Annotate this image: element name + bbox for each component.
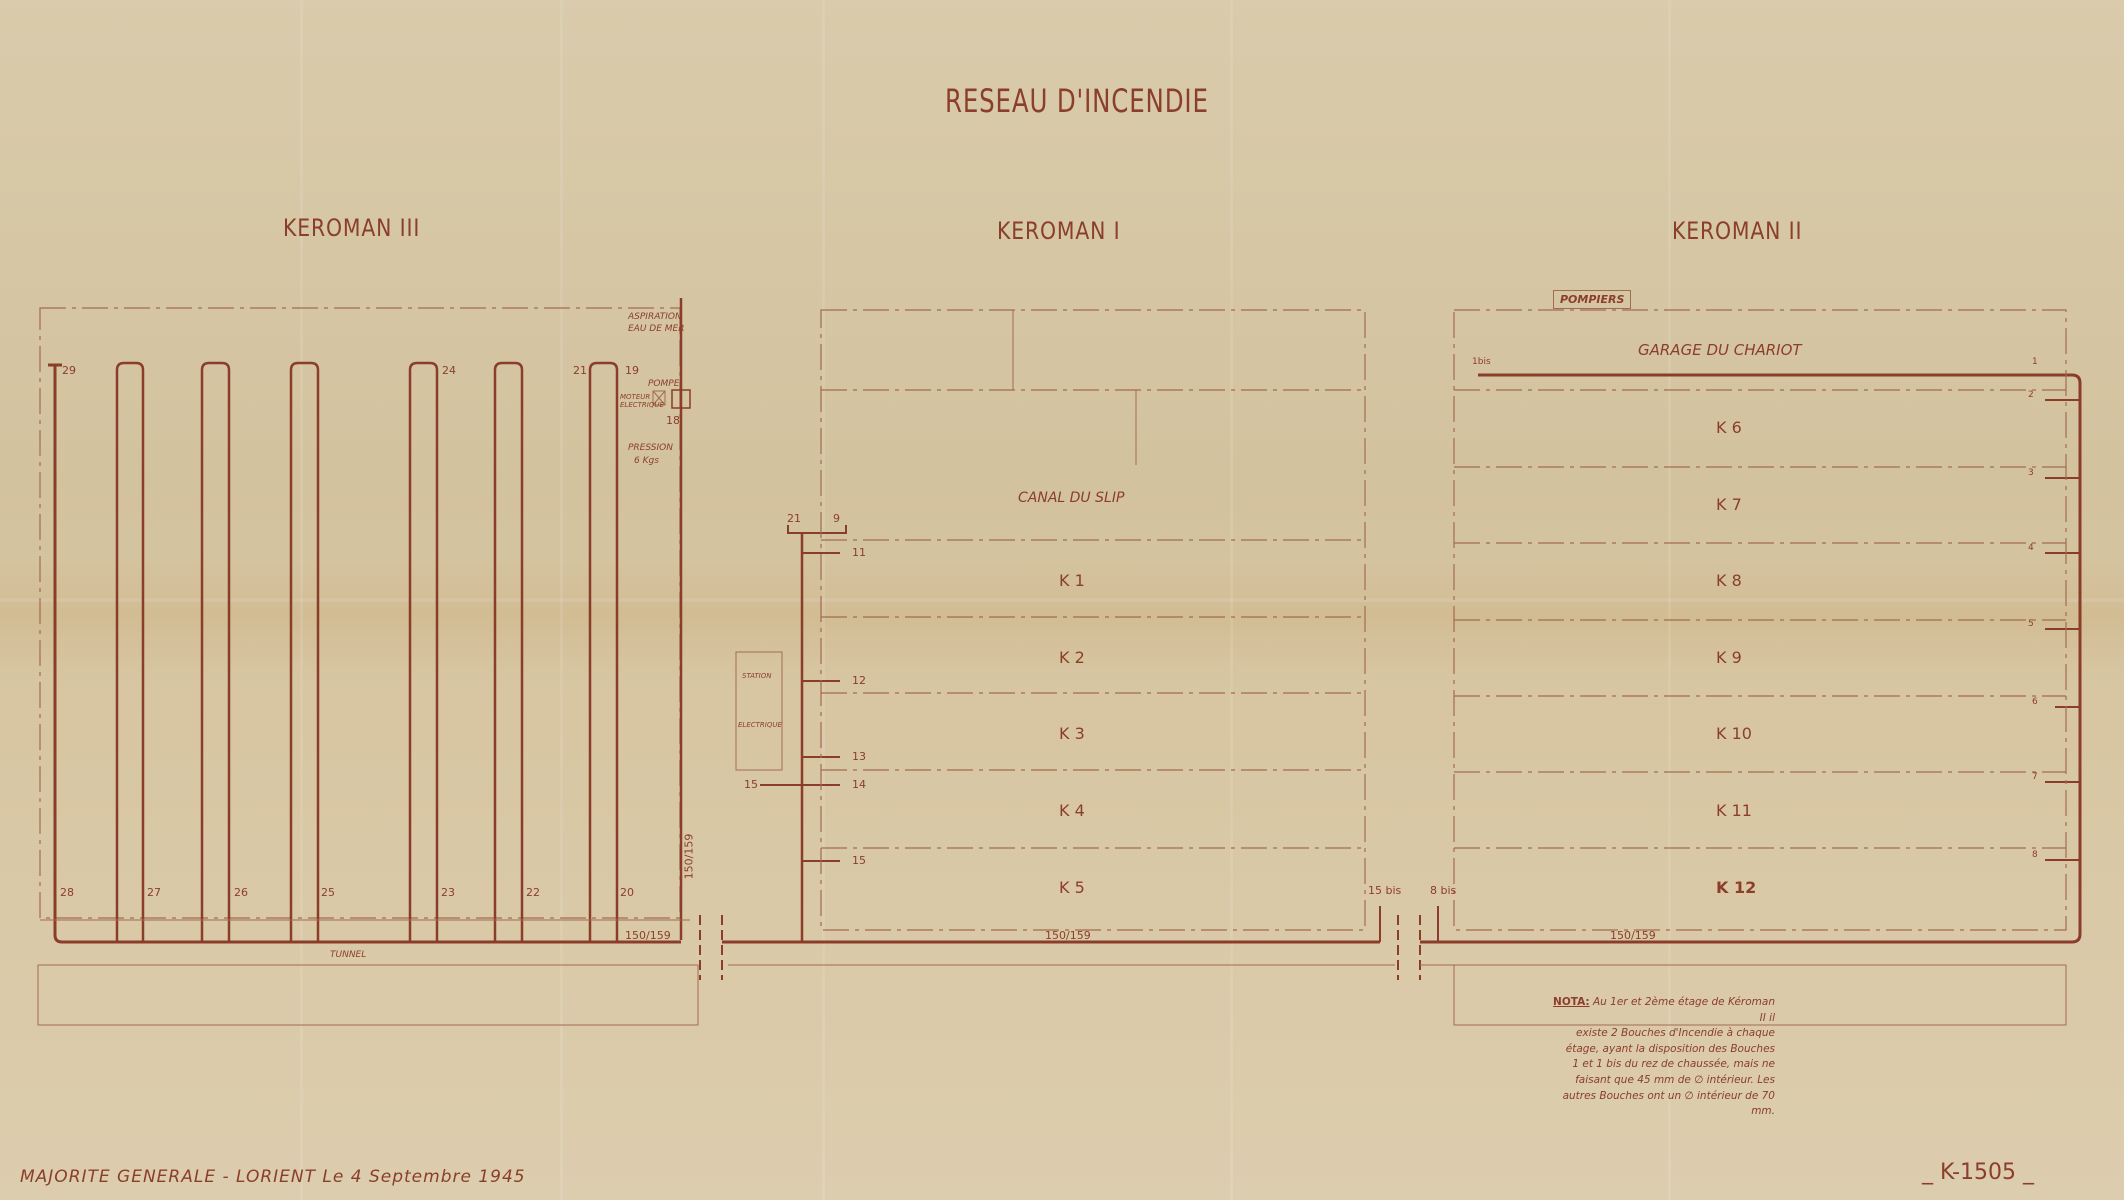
pen-label: K 6 (1716, 418, 1742, 437)
hydrant-number: 9 (833, 512, 840, 525)
motor-label: MOTEUR (620, 393, 650, 401)
hydrant-number: 23 (441, 886, 455, 899)
hydrant-number: 28 (60, 886, 74, 899)
keroman2-network (1420, 310, 2080, 1025)
aspiration-label: ASPIRATION (628, 312, 682, 322)
nota-line: existe 2 Bouches d'Incendie à chaque (1545, 1026, 1775, 1042)
hydrant-number: 7 (2032, 772, 2038, 782)
pen-label: K 12 (1716, 878, 1756, 897)
pen-label: K 1 (1059, 571, 1085, 590)
pen-label: K 7 (1716, 495, 1742, 514)
pen-label: K 2 (1059, 648, 1085, 667)
pipe-dimension: 150/159 (1045, 929, 1091, 942)
hydrant-number: 3 (2028, 468, 2034, 478)
motor-label: ELECTRIQUE (620, 401, 664, 409)
nota-line: faisant que 45 mm de ∅ intérieur. Les (1545, 1073, 1775, 1089)
footer-origin-date: MAJORITE GENERALE - LORIENT Le 4 Septemb… (20, 1167, 526, 1187)
aspiration-label: EAU DE MER (628, 324, 684, 334)
pen-label: K 8 (1716, 571, 1742, 590)
page-title: RESEAU D'INCENDIE (945, 82, 1209, 120)
document-reference: _ K-1505 _ (1922, 1160, 2034, 1185)
nota-block: NOTA: Au 1er et 2ème étage de Kéroman II… (1545, 995, 1775, 1120)
hydrant-number: 25 (321, 886, 335, 899)
pen-label: K 3 (1059, 724, 1085, 743)
hydrant-number: 26 (234, 886, 248, 899)
garage-label: GARAGE DU CHARIOT (1638, 341, 1802, 359)
nota-line: autres Bouches ont un ∅ intérieur de 70 … (1545, 1089, 1775, 1120)
hydrant-number: 24 (442, 364, 456, 377)
hydrant-number: 27 (147, 886, 161, 899)
section-title-keroman1: KEROMAN I (997, 217, 1120, 245)
station-label: ELECTRIQUE (738, 721, 782, 729)
pen-label: K 4 (1059, 801, 1085, 820)
nota-line: Au 1er et 2ème étage de Kéroman II il (1593, 996, 1775, 1024)
nota-line: étage, ayant la disposition des Bouches (1545, 1042, 1775, 1058)
tunnel-label: TUNNEL (330, 950, 366, 960)
nota-line: 1 et 1 bis du rez de chaussée, mais ne (1545, 1057, 1775, 1073)
hydrant-number: 8 (2032, 850, 2038, 860)
pen-label: K 11 (1716, 801, 1752, 820)
station-label: STATION (742, 672, 771, 680)
hydrant-number: 19 (625, 364, 639, 377)
pen-label: K 5 (1059, 878, 1085, 897)
blueprint-sheet: RESEAU D'INCENDIE KEROMAN III KEROMAN I … (0, 0, 2124, 1200)
pressure-label: 6 Kgs (634, 456, 659, 466)
fire-network-diagram (0, 0, 2124, 1200)
hydrant-number: 2 (2028, 390, 2034, 400)
hydrant-number: 15 (744, 778, 758, 791)
nota-heading: NOTA: (1553, 996, 1590, 1008)
pipe-dimension: 150/159 (625, 929, 671, 942)
hydrant-number: 1 (2032, 357, 2038, 367)
hydrant-number: 14 (852, 778, 866, 791)
hydrant-number: 15 bis (1368, 884, 1401, 897)
hydrant-number: 1bis (1472, 357, 1491, 367)
pompiers-label: POMPIERS (1553, 290, 1631, 309)
hydrant-number: 18 (666, 414, 680, 427)
pipe-dimension: 150/159 (1610, 929, 1656, 942)
hydrant-number: 21 (573, 364, 587, 377)
hydrant-number: 15 (852, 854, 866, 867)
hydrant-number: 8 bis (1430, 884, 1456, 897)
hydrant-number: 21 (787, 512, 801, 525)
canal-label: CANAL DU SLIP (1018, 490, 1124, 506)
pen-label: K 9 (1716, 648, 1742, 667)
pipe-dimension-vertical: 150/159 (682, 834, 695, 880)
pen-label: K 10 (1716, 724, 1752, 743)
hydrant-number: 20 (620, 886, 634, 899)
hydrant-number: 29 (62, 364, 76, 377)
section-title-keroman2: KEROMAN II (1672, 217, 1802, 245)
pump-label: POMPE (648, 379, 679, 389)
hydrant-number: 12 (852, 674, 866, 687)
hydrant-number: 5 (2028, 619, 2034, 629)
keroman3-network (38, 298, 700, 1025)
hydrant-number: 22 (526, 886, 540, 899)
reference-number: K-1505 (1940, 1160, 2016, 1185)
hydrant-number: 4 (2028, 543, 2034, 553)
hydrant-number: 6 (2032, 697, 2038, 707)
pressure-label: PRESSION (628, 443, 673, 453)
hydrant-number: 11 (852, 546, 866, 559)
hydrant-number: 13 (852, 750, 866, 763)
section-title-keroman3: KEROMAN III (283, 214, 420, 242)
